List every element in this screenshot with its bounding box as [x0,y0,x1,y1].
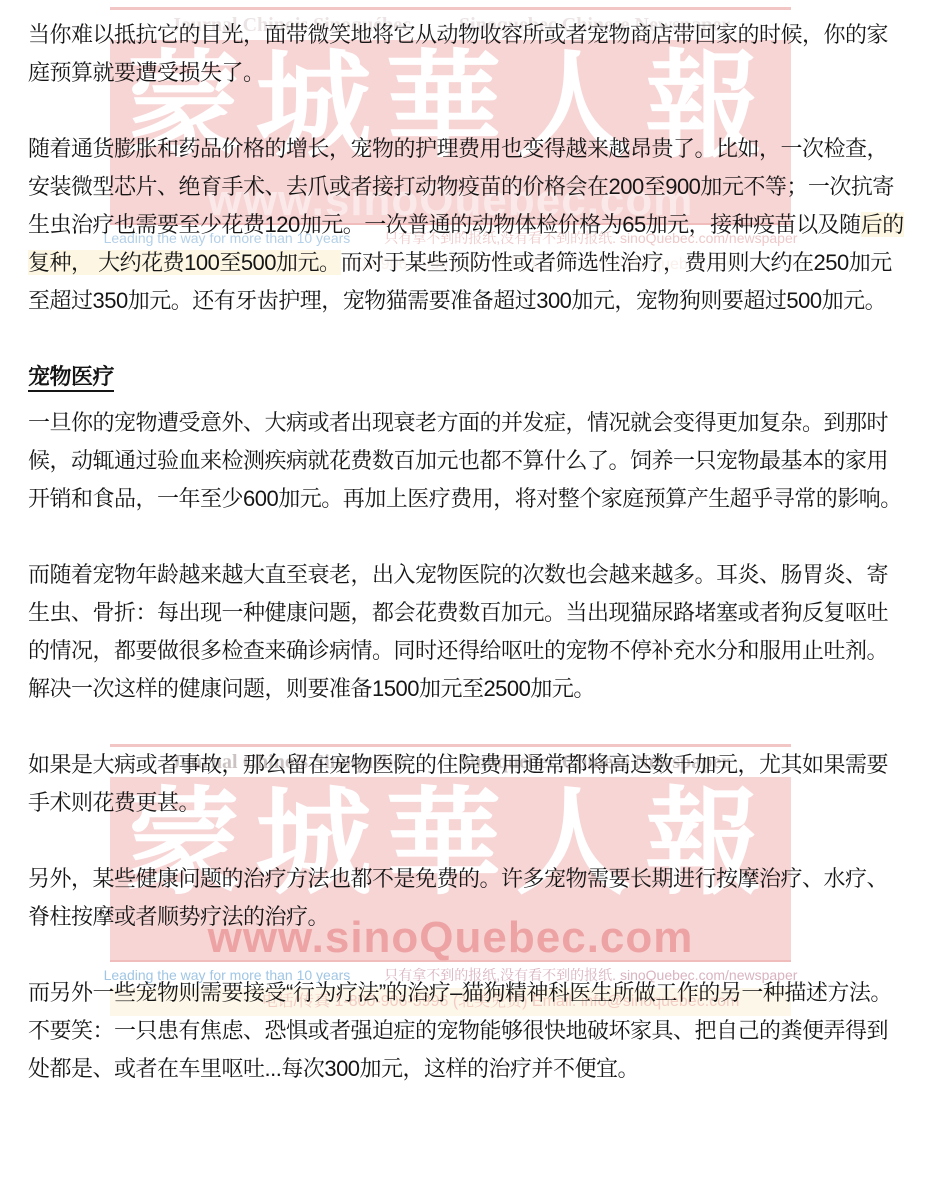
paragraph-care-costs: 随着通货膨胀和药品价格的增长，宠物的护理费用也变得越来越昂贵了。比如，一次检查，… [28,130,907,320]
paragraph-hospital-costs: 如果是大病或者事故，那么留在宠物医院的住院费用通常都将高达数千加元，尤其如果需要… [28,746,907,822]
paragraph-text: 随着通货膨胀和药品价格的增长，宠物的护理费用也变得越来越昂贵了。比如，一次检查，… [28,136,894,237]
paragraph-aging-costs: 而随着宠物年龄越来越大直至衰老，出入宠物医院的次数也会越来越多。耳炎、肠胃炎、寄… [28,556,907,708]
paragraph-therapy-costs: 另外，某些健康问题的治疗方法也都不是免费的。许多宠物需要长期进行按摩治疗、水疗、… [28,860,907,936]
section-heading: 宠物医疗 [28,358,907,396]
section-heading-text: 宠物医疗 [28,364,114,392]
paragraph-medical-intro: 一旦你的宠物遭受意外、大病或者出现衰老方面的并发症，情况就会变得更加复杂。到那时… [28,404,907,518]
paragraph-intro: 当你难以抵抗它的目光，面带微笑地将它从动物收容所或者宠物商店带回家的时候，你的家… [28,16,907,92]
paragraph-behavior-therapy: 而另外一些宠物则需要接受“行为疗法”的治疗–猫狗精神科医生所做工作的另一种描述方… [28,974,907,1088]
article-body: 当你难以抵抗它的目光，面带微笑地将它从动物收容所或者宠物商店带回家的时候，你的家… [0,16,933,1088]
document-page: Journal Chinois Sinoquébec Sinoquebec Ch… [0,0,933,1182]
